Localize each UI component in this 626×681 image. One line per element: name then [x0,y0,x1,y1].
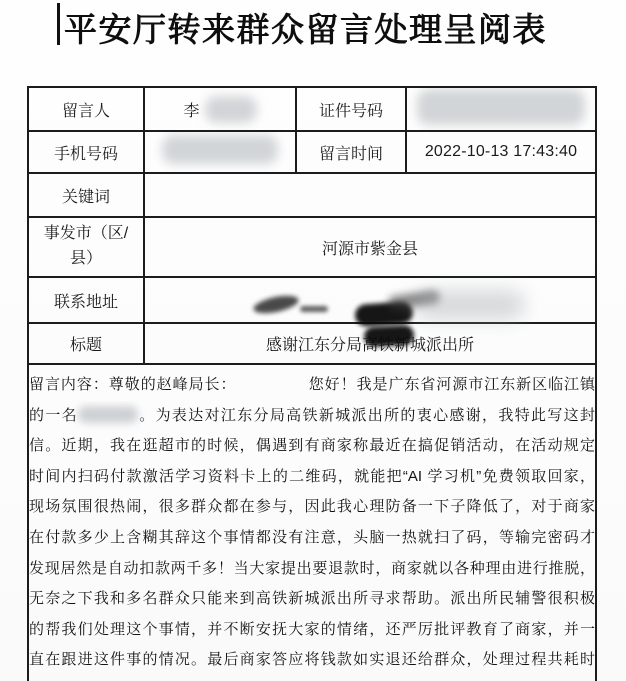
content-line: 的帮我们处理这个事情，并不断安抚大家的情绪，还严厉批评教育了商家，并一 [29,615,595,646]
table-row: 事发市（区/ 县） 河源市紫金县 [28,217,596,277]
redaction-blur-name [205,96,257,123]
redaction-ink-smear [415,290,525,320]
messenger-surname: 李 [183,98,199,121]
incident-city-label-line2: 县） [29,247,143,272]
message-time-value: 2022-10-13 17:43:40 [406,131,596,173]
contact-address-label: 联系地址 [28,277,144,323]
phone-number-label: 手机号码 [28,131,144,173]
document-page: 平安厅转来群众留言处理呈阅表 留言人 李 证件号码 手机号码 [0,0,626,681]
content-line: 直在跟进这件事的情况。最后商家答应将钱款如实退还给群众，处理过程共耗时 [29,645,595,676]
message-content-cell: 留言内容：尊敬的赵峰局长： 您好！我是广东省河源市江东新区临江镇 的一名。为表达… [28,364,596,681]
form-table: 留言人 李 证件号码 手机号码 留言时间 2022-10-13 17:43:40… [27,86,597,681]
redaction-blur-id-number [417,89,585,125]
redaction-blur-occupation [78,406,138,423]
table-row: 关键词 [28,173,596,217]
content-line: 的一名。为表达对江东分局高铁新城派出所的衷心感谢，我特此写这封 [29,401,595,432]
keywords-label: 关键词 [28,173,144,217]
text-cursor [57,3,60,45]
message-time-label: 留言时间 [296,131,406,173]
table-row: 标题 感谢江东分局高铁新城派出所 [28,323,596,364]
incident-city-label: 事发市（区/ 县） [28,217,144,277]
content-line: 无奈之下我和多名群众只能来到高铁新城派出所寻求帮助。派出所民辅警很积极 [29,584,595,615]
content-line2-after: 。为表达对江东分局高铁新城派出所的衷心感谢，我特此写这封 [138,407,595,424]
content-line: 信。近期，我在逛超市的时候，偶遇到有商家称最近在搞促销活动，在活动规定 [29,431,595,462]
content-line2-before: 的一名 [29,407,78,424]
incident-city-label-line1: 事发市（区/ [29,222,143,247]
redaction-ink-blob-lower [364,325,415,348]
redaction-ink-dash [300,306,328,312]
content-line: 发现居然是自动扣款两千多！当大家提出要退款时，商家就以各种理由进行推脱， [29,554,595,585]
redaction-blur-phone [162,135,278,164]
keywords-value [144,173,596,217]
id-number-label: 证件号码 [296,87,406,131]
page-title: 平安厅转来群众留言处理呈阅表 [64,4,547,51]
id-number-value [406,87,596,131]
messenger-value: 李 [144,87,296,131]
messenger-label: 留言人 [28,87,144,131]
content-line: 现场氛围很热闹，很多群众都在参与，因此我心理防备一下子降低了，对于商家 [29,492,595,523]
content-line: 留言内容：尊敬的赵峰局长： 您好！我是广东省河源市江东新区临江镇 [29,370,595,401]
content-line: 在付款多少上含糊其辞这个事情都没有注意，头脑一热就扫了码，等输完密码才 [29,523,595,554]
incident-city-value: 河源市紫金县 [144,217,596,277]
content-line: 时间内扫码付款激活学习资料卡上的二维码，就能把“AI 学习机”免费领取回家， [29,462,595,493]
table-row: 手机号码 留言时间 2022-10-13 17:43:40 [28,131,596,173]
title-field-label: 标题 [28,323,144,364]
table-row: 留言人 李 证件号码 [28,87,596,131]
table-row: 留言内容：尊敬的赵峰局长： 您好！我是广东省河源市江东新区临江镇 的一名。为表达… [28,364,596,681]
phone-number-value [144,131,296,173]
